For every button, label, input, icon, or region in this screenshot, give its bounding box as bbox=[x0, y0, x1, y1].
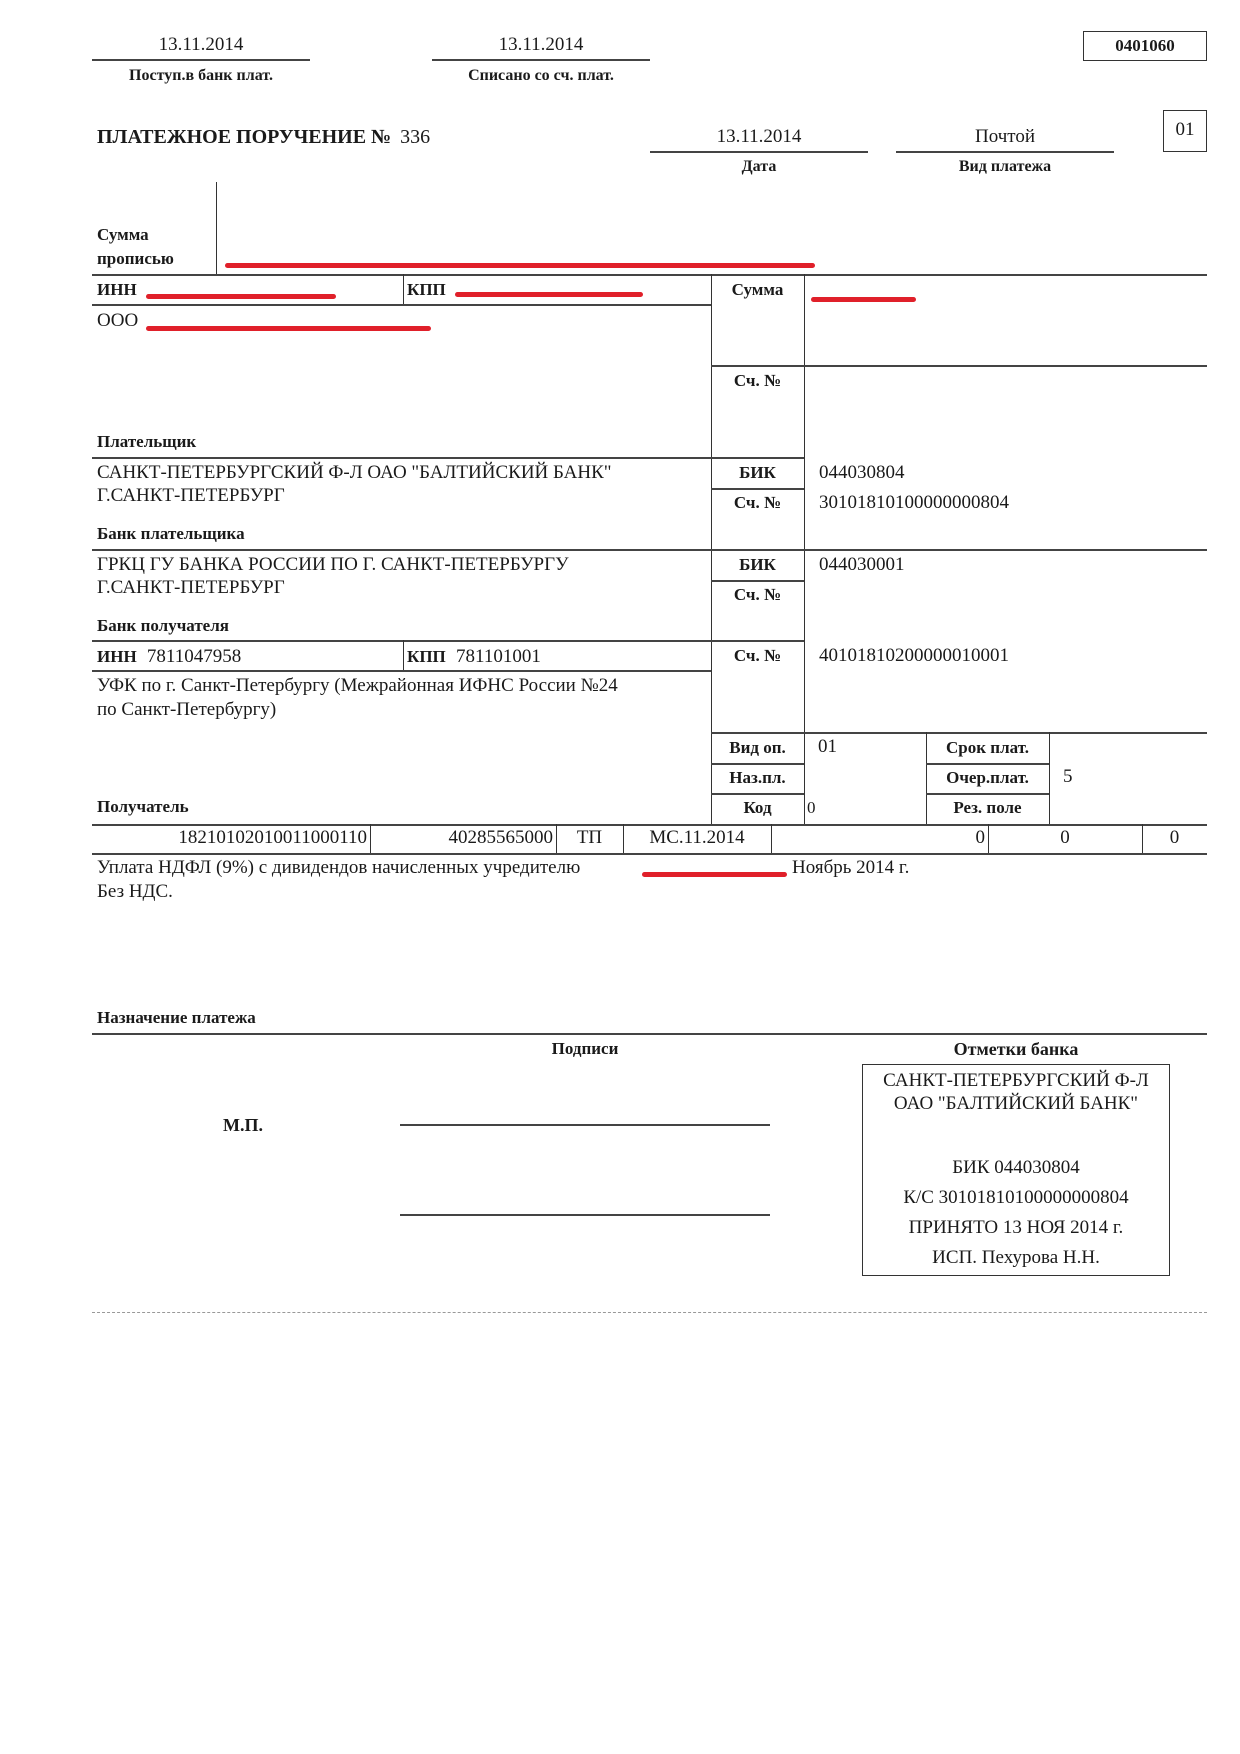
tax-period: МС.11.2014 bbox=[623, 827, 771, 849]
divider bbox=[926, 793, 1049, 795]
purpose-line1-start: Уплата НДФЛ (9%) с дивидендов начисленны… bbox=[97, 857, 580, 879]
kod: 0 bbox=[807, 798, 816, 818]
bank-stamp-line: ПРИНЯТО 13 НОЯ 2014 г. bbox=[863, 1216, 1169, 1239]
payer-bank-account-label: Сч. № bbox=[711, 493, 804, 513]
divider bbox=[711, 580, 804, 582]
divider bbox=[711, 732, 1207, 734]
payer-name-prefix: ООО bbox=[97, 310, 138, 332]
payee-inn-label: ИНН bbox=[97, 647, 137, 666]
divider bbox=[926, 763, 1049, 765]
amount-words-label-1: Сумма bbox=[97, 225, 149, 245]
divider bbox=[92, 640, 711, 642]
vid-op-label: Вид оп. bbox=[711, 738, 804, 758]
tax-oktmo: 40285565000 bbox=[370, 827, 553, 849]
payee-bank-name-2: Г.САНКТ-ПЕТЕРБУРГ bbox=[97, 577, 285, 599]
tax-kbk: 18210102010011000110 bbox=[92, 827, 367, 849]
signatures-label: Подписи bbox=[485, 1039, 685, 1059]
purpose-line2: Без НДС. bbox=[97, 881, 173, 903]
signature-line-2 bbox=[400, 1214, 770, 1216]
divider bbox=[711, 763, 804, 765]
debited-label: Списано со сч. плат. bbox=[432, 67, 650, 85]
divider bbox=[650, 151, 868, 153]
rez-label: Рез. поле bbox=[926, 798, 1049, 818]
order-title: ПЛАТЕЖНОЕ ПОРУЧЕНИЕ № bbox=[97, 126, 391, 148]
divider bbox=[216, 182, 217, 274]
payee-bank-name-1: ГРКЦ ГУ БАНКА РОССИИ ПО Г. САНКТ-ПЕТЕРБУ… bbox=[97, 554, 569, 576]
bank-stamp-box: САНКТ-ПЕТЕРБУРГСКИЙ Ф-Л ОАО "БАЛТИЙСКИЙ … bbox=[862, 1064, 1170, 1276]
payer-amount-label: Сумма bbox=[711, 280, 804, 300]
divider bbox=[403, 274, 404, 304]
redaction-amount-words bbox=[225, 263, 815, 268]
signature-line-1 bbox=[400, 1124, 770, 1126]
payer-bank-bik: 044030804 bbox=[819, 462, 905, 484]
vid-op: 01 bbox=[818, 736, 837, 758]
order-date-label: Дата bbox=[650, 158, 868, 176]
payer-section-label: Плательщик bbox=[97, 432, 196, 452]
tax-type: 0 bbox=[1142, 827, 1207, 849]
received-label: Поступ.в банк плат. bbox=[92, 67, 310, 85]
payee-name-1: УФК по г. Санкт-Петербургу (Межрайонная … bbox=[97, 675, 618, 697]
payee-bank-section-label: Банк получателя bbox=[97, 616, 229, 636]
payee-account: 40101810200000010001 bbox=[819, 645, 1009, 667]
bank-marks-label: Отметки банка bbox=[862, 1039, 1170, 1060]
payment-type: Почтой bbox=[896, 126, 1114, 148]
naz-pl-label: Наз.пл. bbox=[711, 768, 804, 788]
divider bbox=[92, 1033, 1207, 1035]
payer-bank-name-2: Г.САНКТ-ПЕТЕРБУРГ bbox=[97, 485, 285, 507]
payee-inn: 7811047958 bbox=[147, 646, 241, 667]
divider bbox=[711, 457, 804, 459]
divider bbox=[92, 304, 711, 306]
stamp-label: М.П. bbox=[223, 1115, 263, 1136]
redaction-payer-kpp bbox=[455, 292, 643, 297]
ocher: 5 bbox=[1063, 766, 1073, 788]
payment-type-label: Вид платежа bbox=[896, 158, 1114, 176]
payee-name-2: по Санкт-Петербургу) bbox=[97, 699, 276, 721]
order-date: 13.11.2014 bbox=[650, 126, 868, 148]
divider bbox=[432, 59, 650, 61]
form-code-box: 0401060 bbox=[1083, 31, 1207, 61]
divider bbox=[711, 488, 804, 490]
divider bbox=[1049, 732, 1050, 824]
payer-bank-bik-label: БИК bbox=[711, 463, 804, 483]
payee-bank-account-label: Сч. № bbox=[711, 585, 804, 605]
tax-doc-date: 0 bbox=[988, 827, 1142, 849]
payee-bank-bik: 044030001 bbox=[819, 554, 905, 576]
payer-bank-account: 30101810100000000804 bbox=[819, 492, 1009, 514]
payee-inn-block: ИНН 7811047958 bbox=[97, 646, 241, 668]
bank-stamp-line: ИСП. Пехурова Н.Н. bbox=[863, 1246, 1169, 1269]
divider bbox=[92, 274, 1207, 276]
divider bbox=[92, 853, 1207, 855]
redaction-payer-inn bbox=[146, 294, 336, 299]
amount-words-label-2: прописью bbox=[97, 249, 174, 269]
payer-kpp-label: КПП bbox=[407, 280, 446, 300]
bank-stamp-line: К/С 30101810100000000804 bbox=[863, 1186, 1169, 1209]
divider bbox=[92, 457, 711, 459]
payer-inn-label: ИНН bbox=[97, 280, 137, 300]
payer-bank-name-1: САНКТ-ПЕТЕРБУРГСКИЙ Ф-Л ОАО "БАЛТИЙСКИЙ … bbox=[97, 462, 612, 484]
bank-stamp-line: САНКТ-ПЕТЕРБУРГСКИЙ Ф-Л bbox=[863, 1069, 1169, 1092]
page-title: ПЛАТЕЖНОЕ ПОРУЧЕНИЕ № 336 bbox=[97, 126, 430, 149]
bank-stamp-line: ОАО "БАЛТИЙСКИЙ БАНК" bbox=[863, 1092, 1169, 1115]
tax-basis: ТП bbox=[556, 827, 623, 849]
payer-bank-section-label: Банк плательщика bbox=[97, 524, 245, 544]
divider bbox=[92, 59, 310, 61]
payee-kpp-block: КПП 781101001 bbox=[407, 646, 541, 668]
divider bbox=[92, 824, 1207, 826]
divider bbox=[711, 793, 804, 795]
redaction-founder bbox=[642, 872, 787, 877]
order-number: 336 bbox=[400, 126, 430, 148]
divider bbox=[92, 549, 1207, 551]
ocher-label: Очер.плат. bbox=[926, 768, 1049, 788]
cut-line bbox=[92, 1312, 1207, 1313]
debited-date: 13.11.2014 bbox=[432, 34, 650, 56]
kod-label: Код bbox=[711, 798, 804, 818]
redaction-amount bbox=[811, 297, 916, 302]
payee-kpp-label: КПП bbox=[407, 647, 446, 666]
payer-account-label: Сч. № bbox=[711, 371, 804, 391]
payee-account-label: Сч. № bbox=[711, 646, 804, 666]
payee-bank-bik-label: БИК bbox=[711, 555, 804, 575]
divider bbox=[92, 670, 711, 672]
payee-section-label: Получатель bbox=[97, 797, 189, 817]
purpose-line1-end: Ноябрь 2014 г. bbox=[792, 857, 909, 879]
bank-stamp-line: БИК 044030804 bbox=[863, 1156, 1169, 1179]
divider bbox=[711, 365, 1207, 367]
redaction-payer-name bbox=[146, 326, 431, 331]
divider bbox=[896, 151, 1114, 153]
status-code-box: 01 bbox=[1163, 110, 1207, 152]
received-date: 13.11.2014 bbox=[92, 34, 310, 56]
tax-doc-number: 0 bbox=[771, 827, 985, 849]
purpose-label: Назначение платежа bbox=[97, 1008, 256, 1028]
divider bbox=[711, 640, 804, 642]
payee-kpp: 781101001 bbox=[456, 646, 541, 667]
divider bbox=[403, 640, 404, 670]
srok-label: Срок плат. bbox=[926, 738, 1049, 758]
